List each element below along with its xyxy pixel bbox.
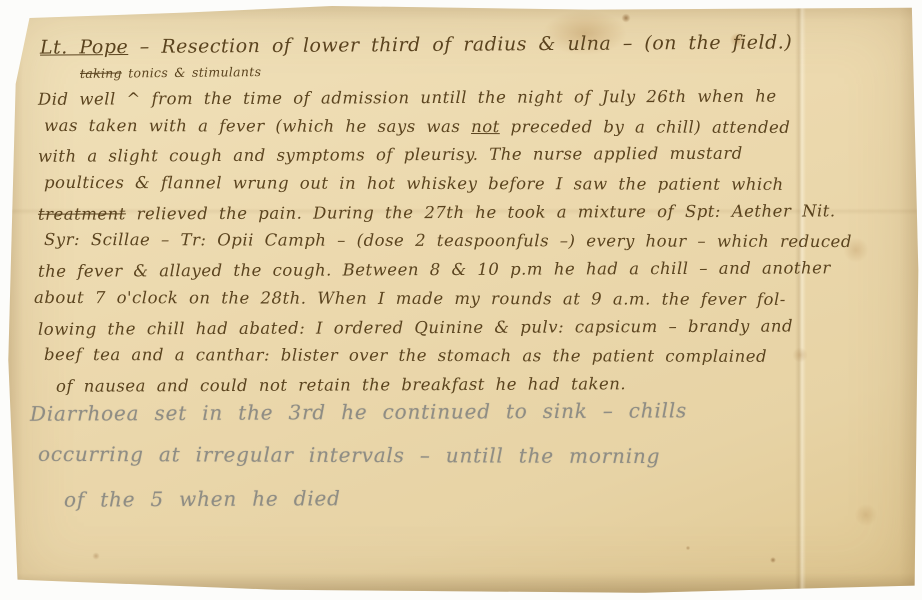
interlinear-insertion: taking tonics & stimulants <box>80 64 261 81</box>
struck-word: taking <box>80 66 122 81</box>
paper-sheet: Lt. Pope – Resection of lower third of r… <box>0 0 922 600</box>
line-segment: was taken with a fever (which he says wa… <box>44 116 471 136</box>
pencil-line: of the 5 when he died <box>64 484 687 530</box>
manuscript-line: the fever & allayed the cough. Between 8… <box>38 258 852 290</box>
manuscript-line: treatment relieved the pain. During the … <box>38 201 852 233</box>
struck-word: treatment <box>38 204 126 223</box>
manuscript-line: beef tea and a canthar: blister over the… <box>44 345 852 376</box>
pencil-text-block: Diarrhoea set in the 3rd he continued to… <box>30 400 687 529</box>
line-segment: relieved the pain. During the 27th he to… <box>126 201 836 223</box>
manuscript-line: with a slight cough and symptoms of pleu… <box>38 144 852 176</box>
line-segment: preceded by a chill) attended <box>500 117 791 137</box>
manuscript-line: about 7 o'clock on the 28th. When I made… <box>34 288 852 319</box>
manuscript-line: poultices & flannel wrung out in hot whi… <box>44 173 852 204</box>
heading-text: – Resection of lower third of radius & u… <box>128 31 792 58</box>
document-heading: Lt. Pope – Resection of lower third of r… <box>40 31 792 58</box>
insertion-text: tonics & stimulants <box>122 64 261 80</box>
ink-text-block: Did well ^ from the time of admission un… <box>38 88 852 404</box>
manuscript-line: Did well ^ from the time of admission un… <box>38 86 852 118</box>
scanned-document: Lt. Pope – Resection of lower third of r… <box>0 0 922 600</box>
manuscript-line: lowing the chill had abated: I ordered Q… <box>38 316 852 348</box>
underlined-word: not <box>471 117 500 136</box>
pencil-line: occurring at irregular intervals – until… <box>38 442 687 487</box>
patient-name: Lt. Pope <box>40 36 128 59</box>
manuscript-line: Syr: Scillae – Tr: Opii Camph – (dose 2 … <box>44 230 852 261</box>
manuscript-line: was taken with a fever (which he says wa… <box>44 116 852 147</box>
pencil-line: Diarrhoea set in the 3rd he continued to… <box>30 398 687 444</box>
